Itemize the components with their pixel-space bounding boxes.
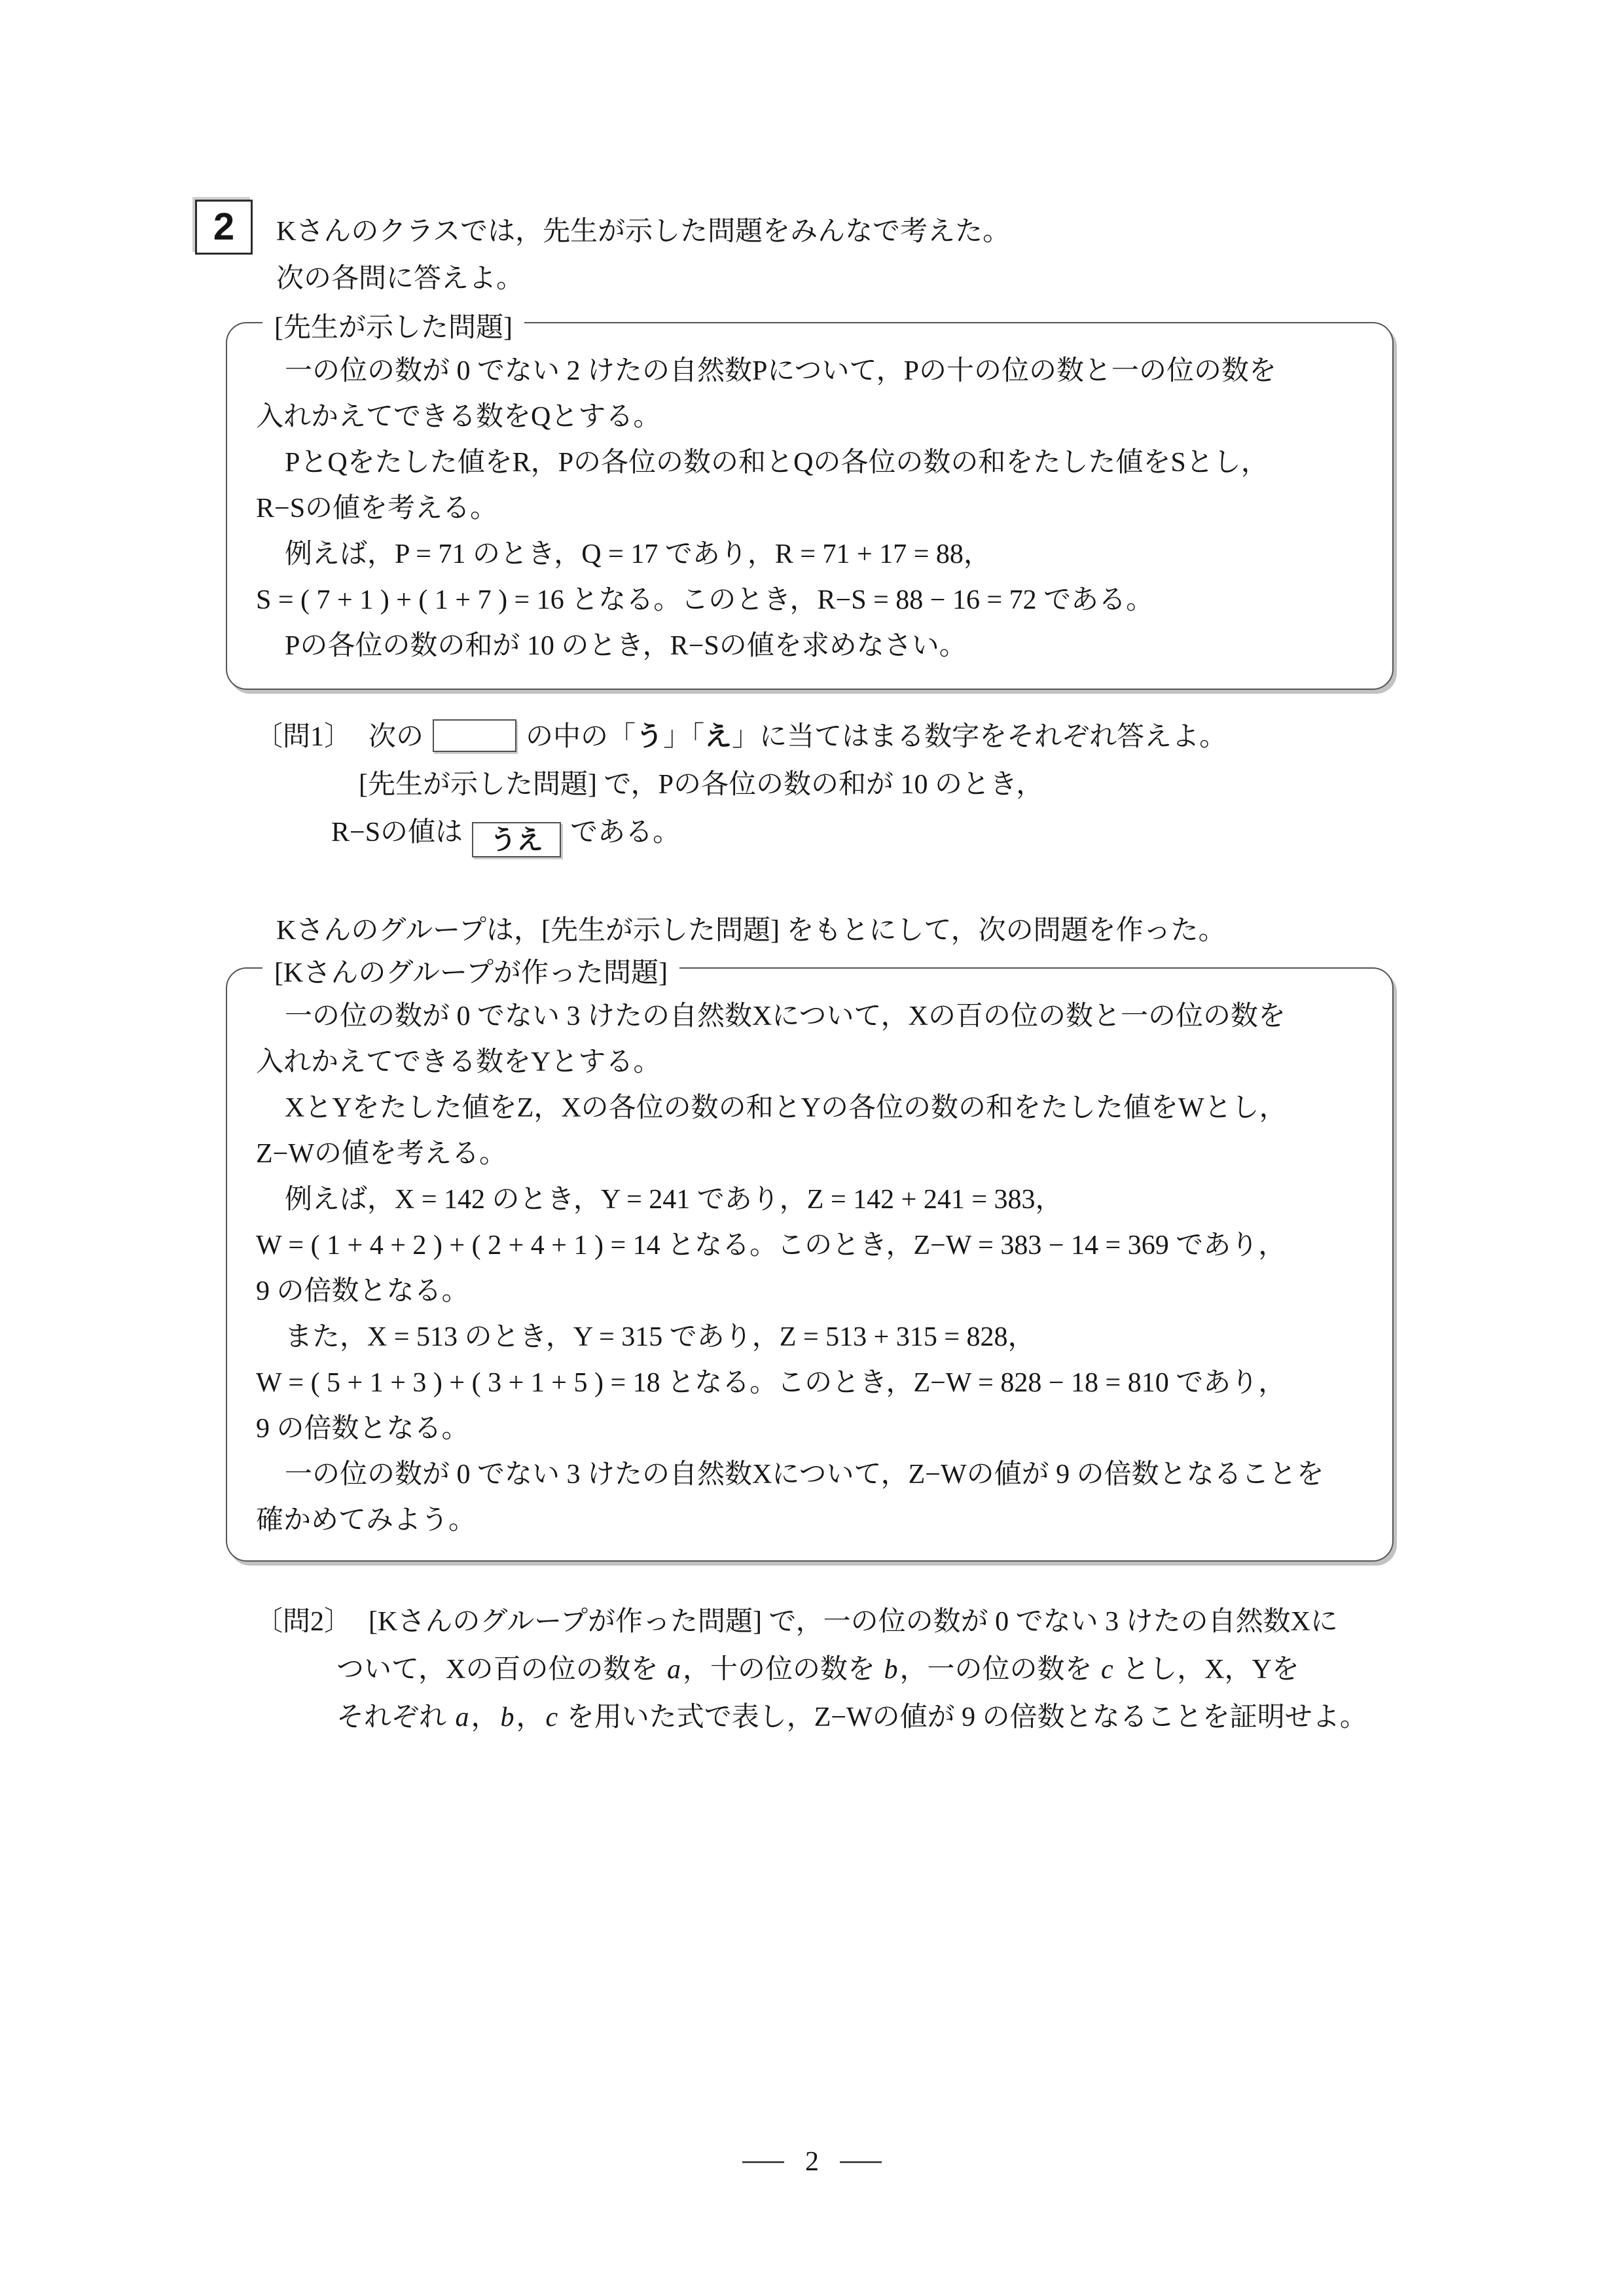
q1-bracket: 」「 [663,722,704,752]
page-footer: 2 [0,2148,1624,2176]
problem-line: 例えば，P = 71 のとき，Q = 17 であり，R = 71 + 17 = … [256,531,1373,577]
math-var-c: c [544,1702,560,1732]
footer-dash-right [840,2161,882,2163]
q1-prompt-post: に当てはまる数字をそれぞれ答えよ。 [759,722,1227,752]
problem-line: W = ( 5 + 1 + 3 ) + ( 3 + 1 + 5 ) = 18 と… [256,1360,1373,1406]
math-var-b: b [499,1702,516,1732]
q2-line3-text: ， [516,1702,544,1732]
page-number: 2 [805,2148,819,2176]
problem-line: 一の位の数が 0 でない 3 けたの自然数Xについて，Xの百の位の数と一の位の数… [256,994,1373,1039]
group-intro: Kさんのグループは，[先生が示した問題] をもとにして，次の問題を作った。 [276,907,1226,954]
q2-line3-text: ， [471,1702,499,1732]
q1-kana-u: う [636,721,663,751]
q2-prompt-line: 〔問2〕[Kさんのグループが作った問題] で，一の位の数が 0 でない 3 けた… [255,1598,1367,1646]
q2-line2-text: とし，X，Yを [1115,1655,1299,1685]
teacher-problem-content: 一の位の数が 0 でない 2 けたの自然数Pについて，Pの十の位の数と一の位の数… [227,323,1392,669]
teacher-problem-box: [先生が示した問題] 一の位の数が 0 でない 2 けたの自然数Pについて，Pの… [226,322,1394,690]
question-number-box: 2 [195,200,253,255]
q1-prompt-mid: の中の [526,722,608,752]
problem-line: Z−Wの値を考える。 [256,1131,1373,1177]
q1-answer-line: R−Sの値はうえである。 [331,809,1227,857]
problem-line: S = ( 7 + 1 ) + ( 1 + 7 ) = 16 となる。このとき，… [256,577,1373,623]
problem-line: 確かめてみよう。 [256,1498,1373,1543]
exam-page: 2 Kさんのクラスでは，先生が示した問題をみんなで考えた。 次の各問に答えよ。 … [0,0,1624,2296]
q1-answer-pre: R−Sの値は [331,817,463,848]
math-var-a: a [454,1702,471,1732]
q1-label: 〔問1〕 [255,722,352,752]
q2-line3-text: を用いた式で表し，Z−Wの値が 9 の倍数となることを証明せよ。 [560,1702,1367,1732]
q1-kana-e: え [704,721,732,751]
q2-label: 〔問2〕 [255,1607,352,1637]
problem-line: XとYをたした値をZ，Xの各位の数の和とYの各位の数の和をたした値をWとし， [256,1085,1373,1131]
problem-line: 一の位の数が 0 でない 3 けたの自然数Xについて，Z−Wの値が 9 の倍数と… [256,1452,1373,1498]
q1-answer-post: である。 [570,817,680,848]
problem-line: 一の位の数が 0 でない 2 けたの自然数Pについて，Pの十の位の数と一の位の数… [256,348,1373,394]
q2-line3: それぞれ a，b，c を用いた式で表し，Z−Wの値が 9 の倍数となることを証明… [336,1694,1367,1742]
q1-bracket: 」 [732,722,759,752]
question-intro: Kさんのクラスでは，先生が示した問題をみんなで考えた。 次の各問に答えよ。 [276,208,1010,302]
teacher-problem-label: [先生が示した問題] [262,306,524,345]
q1-answer-box: うえ [472,822,561,857]
q1-prompt-pre: 次の [369,722,424,752]
q1-blank-box [433,719,516,752]
q2-line1-text: [Kさんのグループが作った問題] で，一の位の数が 0 でない 3 けたの自然数… [369,1607,1338,1637]
problem-line: また，X = 513 のとき，Y = 315 であり，Z = 513 + 315… [256,1314,1373,1360]
math-var-c: c [1099,1655,1115,1685]
group-problem-box: [Kさんのグループが作った問題] 一の位の数が 0 でない 3 けたの自然数Xに… [226,967,1394,1562]
q1-condition-line: [先生が示した問題] で，Pの各位の数の和が 10 のとき， [359,761,1227,809]
question-number: 2 [213,208,234,246]
problem-line: 例えば，X = 142 のとき，Y = 241 であり，Z = 142 + 24… [256,1177,1373,1223]
question-2: 〔問2〕[Kさんのグループが作った問題] で，一の位の数が 0 でない 3 けた… [255,1598,1367,1742]
problem-line: R−Sの値を考える。 [256,486,1373,531]
q1-bracket: 「 [608,722,636,752]
footer-dash-left [742,2161,784,2163]
problem-line: Pの各位の数の和が 10 のとき，R−Sの値を求めなさい。 [256,623,1373,669]
question-1: 〔問1〕次のの中の「う」「え」に当てはまる数字をそれぞれ答えよ。 [先生が示した… [255,712,1227,857]
q2-line2-text: ついて，Xの百の位の数を [336,1655,665,1685]
q2-line2-text: ，一の位の数を [900,1655,1100,1685]
q2-line2: ついて，Xの百の位の数を a，十の位の数を b，一の位の数を c とし，X，Yを [336,1646,1367,1694]
math-var-a: a [665,1655,683,1685]
q2-line2-text: ，十の位の数を [683,1655,882,1685]
problem-line: 9 の倍数となる。 [256,1406,1373,1452]
group-problem-content: 一の位の数が 0 でない 3 けたの自然数Xについて，Xの百の位の数と一の位の数… [227,969,1392,1543]
problem-line: W = ( 1 + 4 + 2 ) + ( 2 + 4 + 1 ) = 14 と… [256,1223,1373,1268]
group-problem-label: [Kさんのグループが作った問題] [262,951,679,990]
intro-line-1: Kさんのクラスでは，先生が示した問題をみんなで考えた。 [276,208,1010,255]
problem-line: 入れかえてできる数をYとする。 [256,1039,1373,1085]
math-var-b: b [882,1655,900,1685]
intro-line-2: 次の各問に答えよ。 [276,255,1010,302]
problem-line: 入れかえてできる数をQとする。 [256,394,1373,440]
problem-line: 9 の倍数となる。 [256,1268,1373,1314]
q1-prompt-line: 〔問1〕次のの中の「う」「え」に当てはまる数字をそれぞれ答えよ。 [255,712,1227,761]
problem-line: PとQをたした値をR，Pの各位の数の和とQの各位の数の和をたした値をSとし， [256,440,1373,486]
q2-line3-text: それぞれ [336,1702,454,1732]
